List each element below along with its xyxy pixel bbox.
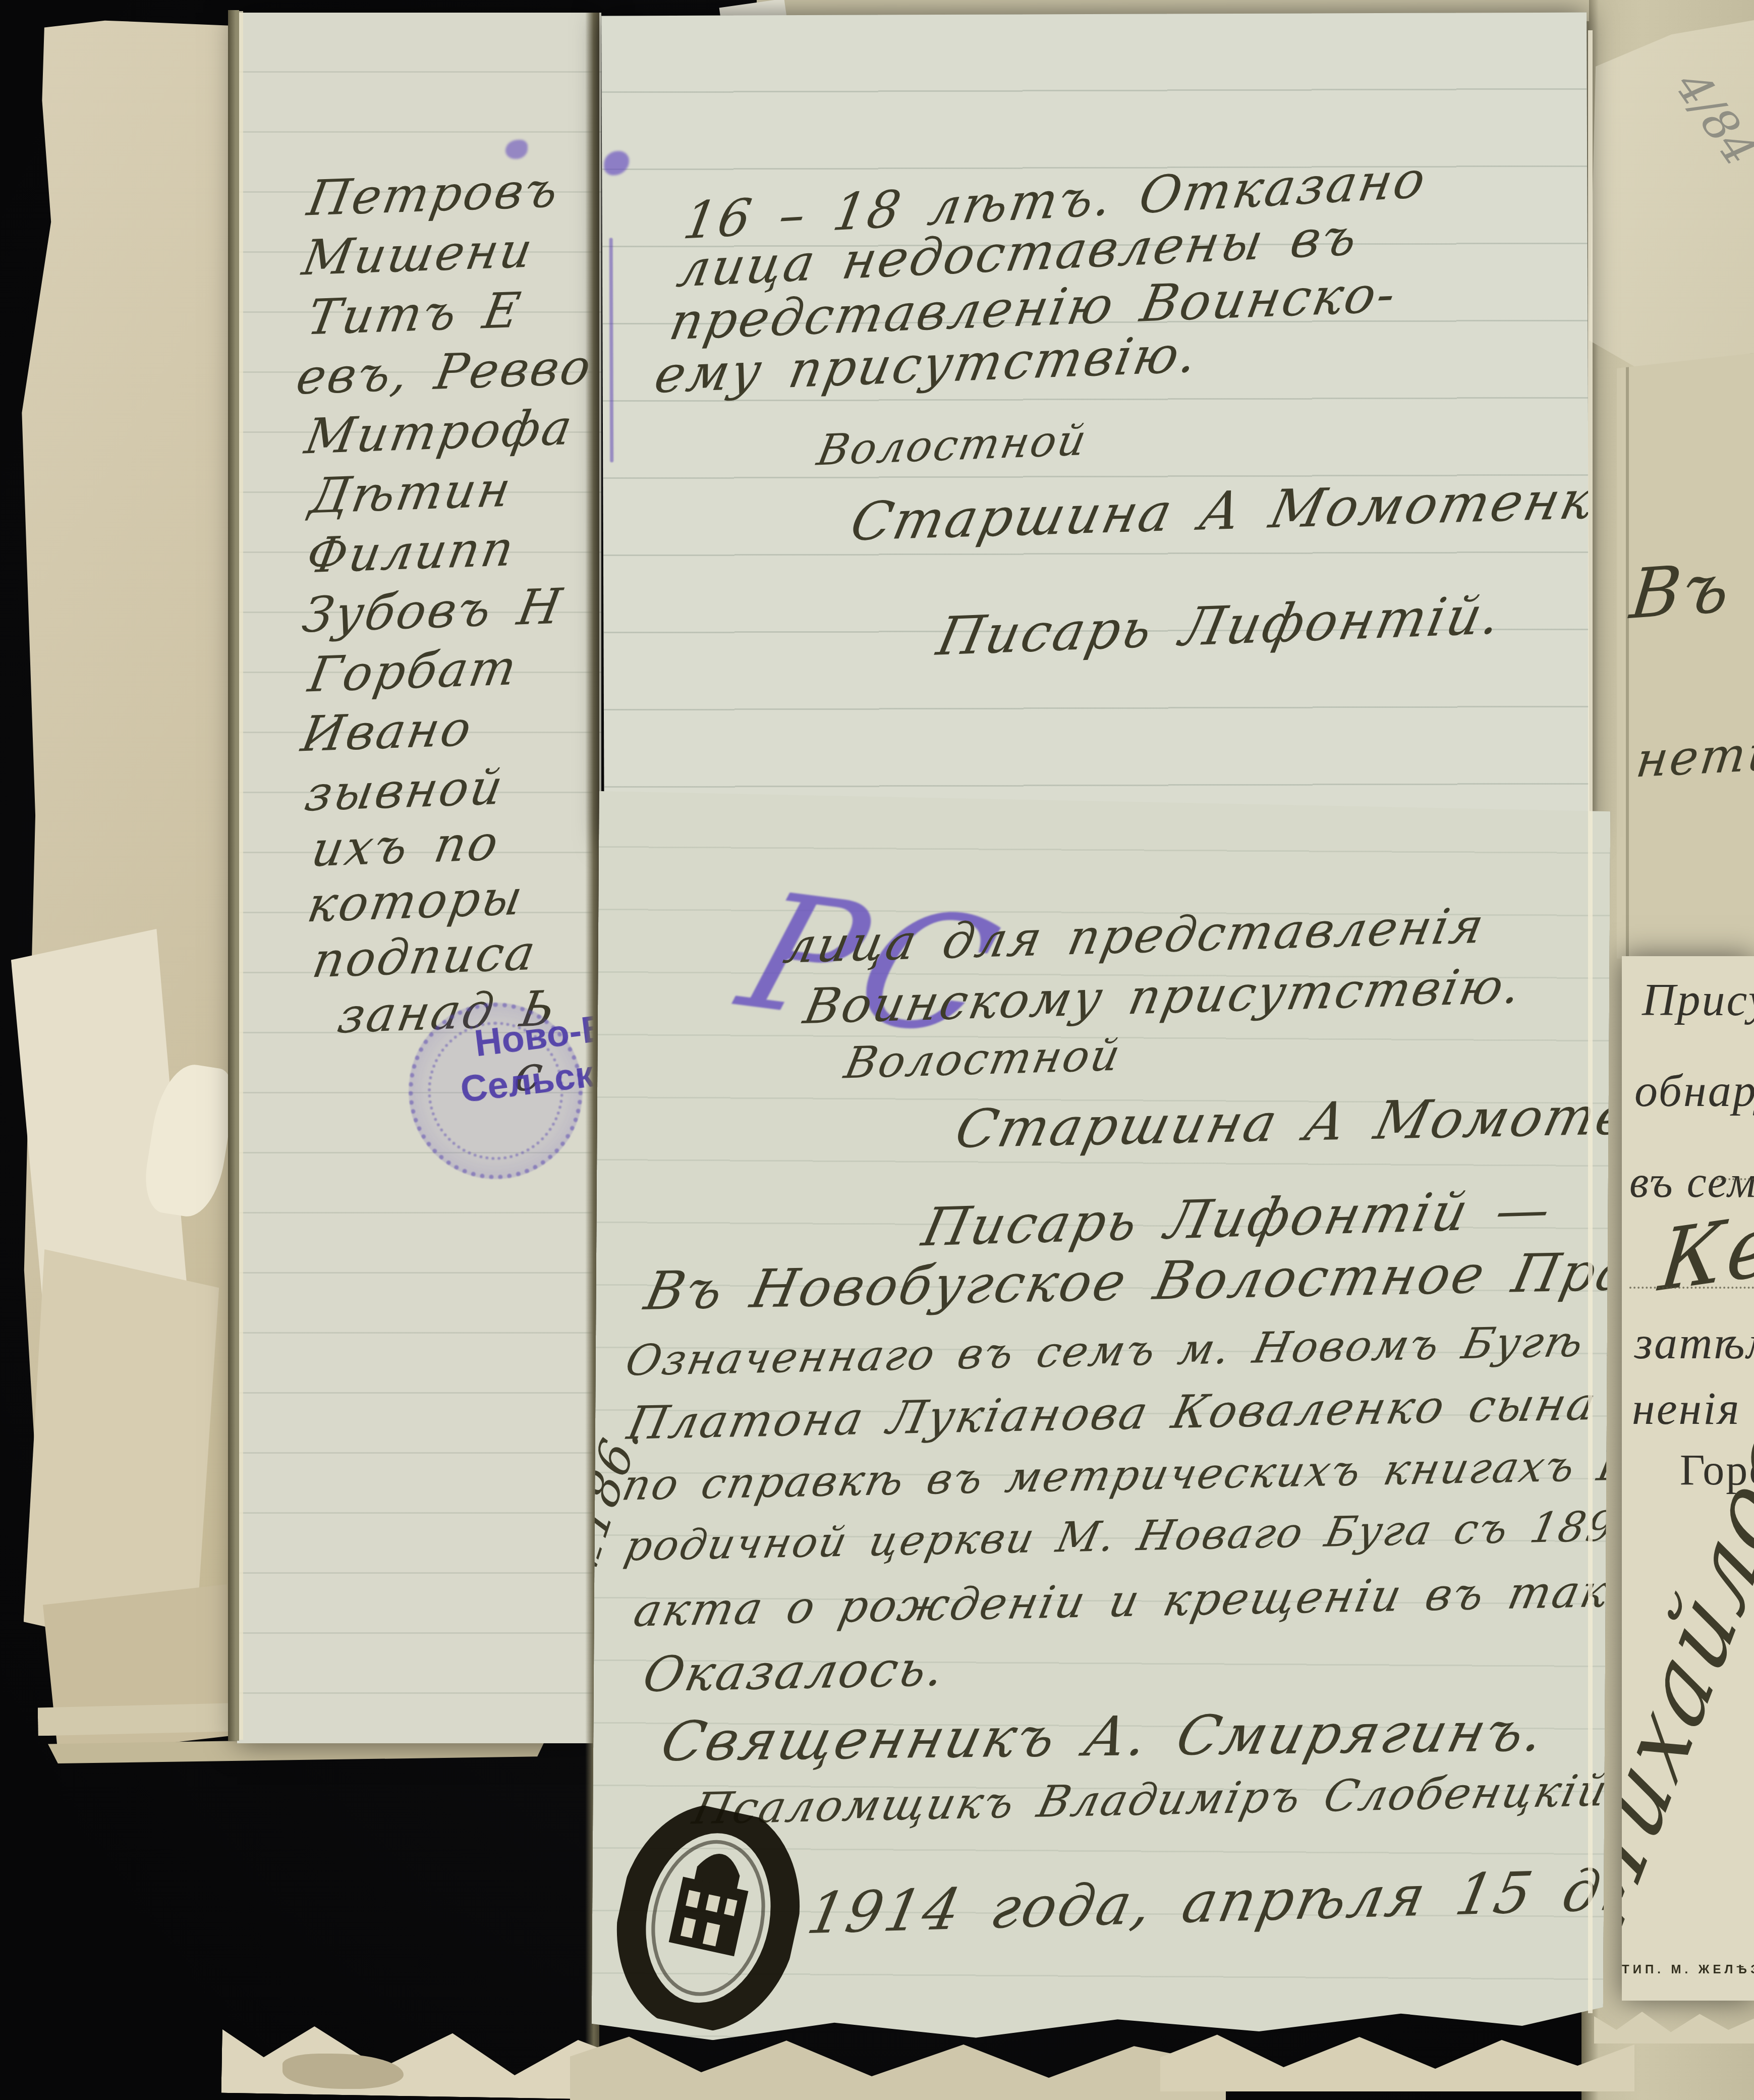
name-entry: ихъ по [308, 818, 503, 874]
name-entry: которы [304, 873, 528, 929]
name-entry: Зубовъ Н [299, 582, 567, 640]
names-list-page: Петровъ Мишени Титъ Е евъ, Ревво Митрофа… [237, 13, 601, 1743]
signature-pisar: Писарь Лифонтій. [933, 588, 1507, 663]
upper-manuscript-page: 16 – 18 лѣтъ. Отказано лица недоставлены… [601, 13, 1590, 841]
printed-form-line: Присутст [1642, 976, 1754, 1023]
signature-psalmist: Псаломщикъ Владиміръ Слобенцкій [689, 1769, 1611, 1831]
printed-form-line: въ семъ [1629, 1160, 1754, 1205]
printed-form-line: обнаруже [1634, 1067, 1754, 1114]
signature-pisar: Писарь Лифонтій — [918, 1183, 1557, 1254]
name-entry: Мишени [299, 226, 538, 283]
handwriting-line: Означеннаго въ семъ м. Новомъ Бугѣ крест… [622, 1313, 1610, 1382]
signature-priest: Священникъ А. Смирягинъ. [656, 1705, 1551, 1770]
handwriting-line: Въ [1627, 553, 1735, 629]
name-entry: Титъ Е [304, 286, 526, 342]
name-entry: Митрофа [302, 403, 577, 461]
handwriting-line: нети [1633, 729, 1754, 785]
printer-imprint: ТИП. М. ЖЕЛѢЗНЯКА. Н [1622, 1963, 1754, 1977]
diagonal-signature: Михайловскій [1622, 1204, 1754, 1948]
name-entry: зывной [302, 762, 508, 818]
fold-line [1626, 353, 1629, 959]
form-dotted-line [1717, 1178, 1754, 1180]
ink-streak [609, 238, 614, 462]
date-line: 1914 года, апрѣля 15 дня. [803, 1860, 1611, 1943]
handwriting-line: родичной церкви М. Новаго Буга съ 1894 п… [621, 1499, 1610, 1567]
page-edge-highlight [239, 11, 243, 1740]
top-right-page-corner: 4/84 [1589, 20, 1754, 376]
page-edge-highlight [1588, 30, 1593, 2013]
name-entry: евъ, Ревво [293, 343, 596, 402]
ink-blot [505, 140, 528, 159]
handwriting-line: акта о рожденіи и крещеніи въ таковыхъ Н… [630, 1564, 1610, 1633]
handwriting-line: Волостной [814, 418, 1091, 471]
bottom-torn-strip [282, 2054, 404, 2089]
name-entry: Горбат [305, 643, 522, 699]
name-entry: Дѣтин [307, 465, 516, 521]
printed-form-line: затѣмъ п [1634, 1319, 1754, 1366]
church-seal-icon [599, 1793, 818, 2043]
name-entry: Ивано [298, 704, 477, 758]
ink-blot [604, 151, 629, 175]
right-middle-page-strip: Въ нети [1617, 353, 1754, 959]
name-entry: подписа [309, 928, 541, 985]
pencil-note: 4/84 [1668, 64, 1754, 173]
lower-manuscript-page: РС №186. лица для представленія Воинском… [591, 785, 1610, 2059]
handwriting-line: Платона Лукіанова Коваленко сына Филита [624, 1377, 1610, 1447]
handwriting-line: Оказалось. [639, 1644, 950, 1699]
name-entry: Петровъ [304, 165, 563, 223]
signature-starshina: Старшина А Момотенко [951, 1087, 1611, 1155]
form-dotted-line [1629, 1287, 1754, 1289]
book-spine [228, 10, 239, 1741]
name-entry: Филипп [303, 524, 519, 580]
handwriting-line: Въ Новобугское Волостное Правленіе [641, 1241, 1611, 1317]
archival-scan: 4/84 Въ нети Присутст обнаруже въ семъ К… [0, 0, 1754, 2100]
handwriting-line: по справкѣ въ метрическихъ книгахъ Рожде… [619, 1439, 1611, 1507]
right-printed-form-page: Присутст обнаруже въ семъ Ке затѣмъ п не… [1622, 956, 1754, 2001]
handwriting-line: Волостной [841, 1033, 1125, 1085]
signature-starshina: Старшина А Момотенко [846, 472, 1590, 548]
